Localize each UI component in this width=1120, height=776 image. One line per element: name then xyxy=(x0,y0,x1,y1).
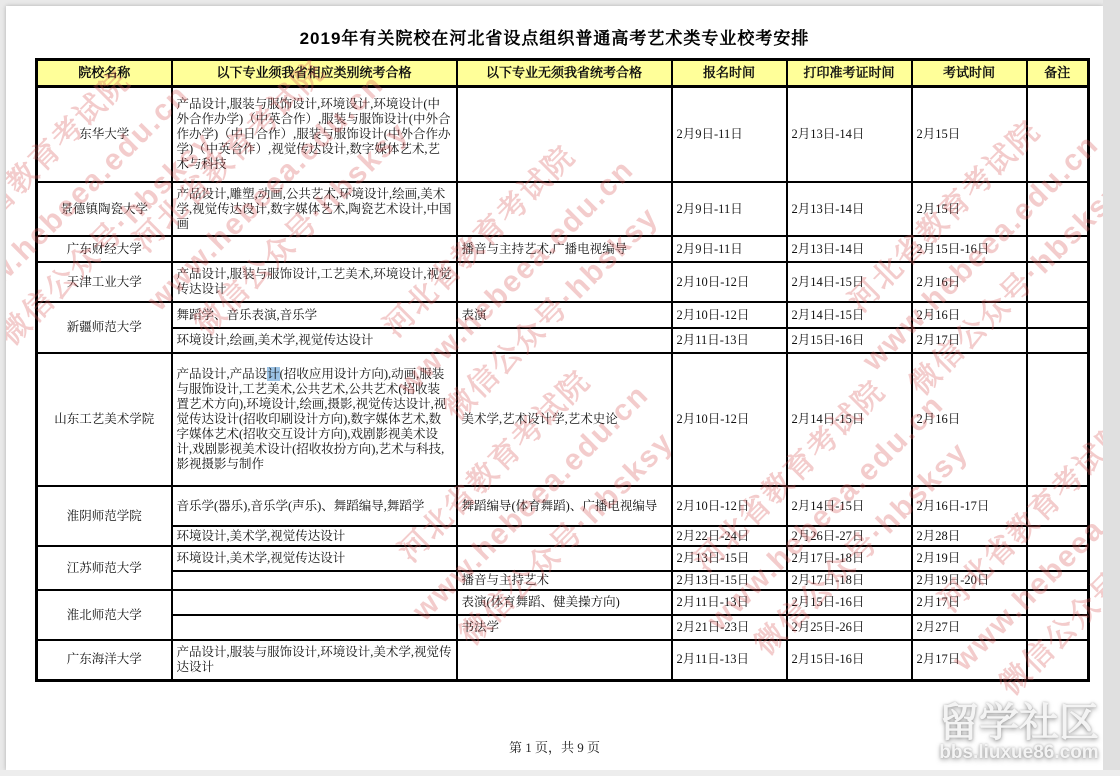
college-name-cell: 江苏师范大学 xyxy=(37,546,172,590)
register-date-cell: 2月22日-24日 xyxy=(672,526,787,546)
exam-date-cell: 2月27日 xyxy=(912,615,1027,640)
college-name-cell: 淮阴师范学院 xyxy=(37,486,172,546)
print-date-cell: 2月17日-18日 xyxy=(787,571,912,590)
note-cell xyxy=(1027,546,1089,571)
register-date-cell: 2月13日-15日 xyxy=(672,571,787,590)
print-date-cell: 2月15日-16日 xyxy=(787,640,912,680)
register-date-cell: 2月21日-23日 xyxy=(672,615,787,640)
table-row: 淮北师范大学表演(体育舞蹈、健美操方向)2月11日-13日2月15日-16日2月… xyxy=(37,590,1089,615)
print-date-cell: 2月14日-15日 xyxy=(787,486,912,526)
table-header-row: 院校名称以下专业须我省相应类别统考合格以下专业无须我省统考合格报名时间打印准考证… xyxy=(37,60,1089,87)
majors-text: 产品设计,产品设 xyxy=(177,367,268,381)
college-name-cell: 广东财经大学 xyxy=(37,236,172,262)
table-row: 环境设计,绘画,美术学,视觉传达设计2月11日-13日2月15日-16日2月17… xyxy=(37,328,1089,353)
majors-unified-cell xyxy=(172,571,457,590)
majors-unified-cell: 产品设计,产品设计(招收应用设计方向),动画,服装与服饰设计,工艺美术,公共艺术… xyxy=(172,353,457,486)
exam-date-cell: 2月16日-17日 xyxy=(912,486,1027,526)
print-date-cell: 2月13日-14日 xyxy=(787,182,912,236)
majors-unified-cell: 舞蹈学、音乐表演,音乐学 xyxy=(172,302,457,328)
college-name-cell: 山东工艺美术学院 xyxy=(37,353,172,486)
register-date-cell: 2月13日-15日 xyxy=(672,546,787,571)
exam-date-cell: 2月19日-20日 xyxy=(912,571,1027,590)
register-date-cell: 2月11日-13日 xyxy=(672,328,787,353)
majors-unified-cell xyxy=(172,590,457,615)
note-cell xyxy=(1027,236,1089,262)
column-header-exam-time: 考试时间 xyxy=(912,60,1027,87)
register-date-cell: 2月10日-12日 xyxy=(672,302,787,328)
majors-free-cell: 表演(体育舞蹈、健美操方向) xyxy=(457,590,672,615)
majors-unified-cell: 产品设计,服装与服饰设计,环境设计,美术学,视觉传达设计 xyxy=(172,640,457,680)
liuxue-watermark-logo: 留学社区 bbs.liuxue86.com xyxy=(939,703,1099,764)
print-date-cell: 2月25日-26日 xyxy=(787,615,912,640)
register-date-cell: 2月9日-11日 xyxy=(672,182,787,236)
table-row: 广东海洋大学产品设计,服装与服饰设计,环境设计,美术学,视觉传达设计2月11日-… xyxy=(37,640,1089,680)
college-name-cell: 广东海洋大学 xyxy=(37,640,172,680)
note-cell xyxy=(1027,571,1089,590)
page-title: 2019年有关院校在河北省设点组织普通高考艺术类专业校考安排 xyxy=(6,24,1103,49)
majors-text: (招收应用设计方向),动画,服装与服饰设计,工艺美术,公共艺术,公共艺术(招收装… xyxy=(177,367,447,471)
column-header-print-ticket-time: 打印准考证时间 xyxy=(787,60,912,87)
note-cell xyxy=(1027,86,1089,182)
majors-unified-cell: 产品设计,雕塑,动画,公共艺术,环境设计,绘画,美术学,视觉传达设计,数字媒体艺… xyxy=(172,182,457,236)
exam-date-cell: 2月28日 xyxy=(912,526,1027,546)
table-row: 天津工业大学产品设计,服装与服饰设计,工艺美术,环境设计,视觉传达设计2月10日… xyxy=(37,262,1089,302)
document-page: 2019年有关院校在河北省设点组织普通高考艺术类专业校考安排 院校名称以下专业须… xyxy=(6,6,1103,770)
table-row: 东华大学产品设计,服装与服饰设计,环境设计,环境设计(中外合作办学)（中英合作）… xyxy=(37,86,1089,182)
note-cell xyxy=(1027,486,1089,526)
table-row: 景德镇陶瓷大学产品设计,雕塑,动画,公共艺术,环境设计,绘画,美术学,视觉传达设… xyxy=(37,182,1089,236)
liuxue-logo-title: 留学社区 xyxy=(939,703,1099,743)
college-name-cell: 淮北师范大学 xyxy=(37,590,172,640)
note-cell xyxy=(1027,262,1089,302)
print-date-cell: 2月14日-15日 xyxy=(787,262,912,302)
column-header-register-time: 报名时间 xyxy=(672,60,787,87)
exam-date-cell: 2月19日 xyxy=(912,546,1027,571)
majors-unified-cell xyxy=(172,615,457,640)
majors-free-cell: 播音与主持艺术,广播电视编导 xyxy=(457,236,672,262)
college-name-cell: 新疆师范大学 xyxy=(37,302,172,353)
exam-date-cell: 2月17日 xyxy=(912,590,1027,615)
exam-date-cell: 2月15日 xyxy=(912,182,1027,236)
table-row: 播音与主持艺术2月13日-15日2月17日-18日2月19日-20日 xyxy=(37,571,1089,590)
print-date-cell: 2月13日-14日 xyxy=(787,86,912,182)
majors-free-cell: 美术学,艺术设计学,艺术史论 xyxy=(457,353,672,486)
print-date-cell: 2月15日-16日 xyxy=(787,328,912,353)
print-date-cell: 2月26日-27日 xyxy=(787,526,912,546)
column-header-remarks: 备注 xyxy=(1027,60,1089,87)
note-cell xyxy=(1027,328,1089,353)
register-date-cell: 2月10日-12日 xyxy=(672,353,787,486)
majors-free-cell: 书法学 xyxy=(457,615,672,640)
majors-unified-cell: 音乐学(器乐),音乐学(声乐)、舞蹈编导,舞蹈学 xyxy=(172,486,457,526)
print-date-cell: 2月14日-15日 xyxy=(787,302,912,328)
exam-schedule-table: 院校名称以下专业须我省相应类别统考合格以下专业无须我省统考合格报名时间打印准考证… xyxy=(35,58,1090,682)
note-cell xyxy=(1027,182,1089,236)
majors-free-cell xyxy=(457,526,672,546)
screenshot-viewport: 2019年有关院校在河北省设点组织普通高考艺术类专业校考安排 院校名称以下专业须… xyxy=(0,0,1120,776)
majors-unified-cell xyxy=(172,236,457,262)
note-cell xyxy=(1027,302,1089,328)
note-cell xyxy=(1027,590,1089,615)
table-row: 山东工艺美术学院产品设计,产品设计(招收应用设计方向),动画,服装与服饰设计,工… xyxy=(37,353,1089,486)
majors-unified-cell: 环境设计,绘画,美术学,视觉传达设计 xyxy=(172,328,457,353)
majors-unified-cell: 产品设计,服装与服饰设计,工艺美术,环境设计,视觉传达设计 xyxy=(172,262,457,302)
column-header-majors-unified: 以下专业须我省相应类别统考合格 xyxy=(172,60,457,87)
exam-date-cell: 2月16日 xyxy=(912,262,1027,302)
exam-date-cell: 2月15日-16日 xyxy=(912,236,1027,262)
college-name-cell: 景德镇陶瓷大学 xyxy=(37,182,172,236)
table-row: 书法学2月21日-23日2月25日-26日2月27日 xyxy=(37,615,1089,640)
scanner-edge-right xyxy=(1103,0,1120,776)
majors-free-cell: 播音与主持艺术 xyxy=(457,571,672,590)
table-row: 环境设计,美术学,视觉传达设计2月22日-24日2月26日-27日2月28日 xyxy=(37,526,1089,546)
majors-unified-cell: 环境设计,美术学,视觉传达设计 xyxy=(172,546,457,571)
print-date-cell: 2月14日-15日 xyxy=(787,353,912,486)
register-date-cell: 2月11日-13日 xyxy=(672,640,787,680)
majors-free-cell xyxy=(457,262,672,302)
note-cell xyxy=(1027,640,1089,680)
majors-free-cell xyxy=(457,546,672,571)
college-name-cell: 东华大学 xyxy=(37,86,172,182)
exam-date-cell: 2月16日 xyxy=(912,302,1027,328)
register-date-cell: 2月9日-11日 xyxy=(672,86,787,182)
majors-free-cell: 表演 xyxy=(457,302,672,328)
majors-free-cell xyxy=(457,86,672,182)
majors-free-cell xyxy=(457,328,672,353)
register-date-cell: 2月10日-12日 xyxy=(672,262,787,302)
column-header-college-name: 院校名称 xyxy=(37,60,172,87)
exam-date-cell: 2月15日 xyxy=(912,86,1027,182)
table-row: 广东财经大学播音与主持艺术,广播电视编导2月9日-11日2月13日-14日2月1… xyxy=(37,236,1089,262)
table-row: 江苏师范大学环境设计,美术学,视觉传达设计2月13日-15日2月17日-18日2… xyxy=(37,546,1089,571)
column-header-majors-free: 以下专业无须我省统考合格 xyxy=(457,60,672,87)
majors-free-cell: 舞蹈编导(体育舞蹈)、广播电视编导 xyxy=(457,486,672,526)
register-date-cell: 2月11日-13日 xyxy=(672,590,787,615)
exam-date-cell: 2月17日 xyxy=(912,328,1027,353)
print-date-cell: 2月13日-14日 xyxy=(787,236,912,262)
college-name-cell: 天津工业大学 xyxy=(37,262,172,302)
table-row: 淮阴师范学院音乐学(器乐),音乐学(声乐)、舞蹈编导,舞蹈学舞蹈编导(体育舞蹈)… xyxy=(37,486,1089,526)
note-cell xyxy=(1027,526,1089,546)
register-date-cell: 2月10日-12日 xyxy=(672,486,787,526)
table-row: 新疆师范大学舞蹈学、音乐表演,音乐学表演2月10日-12日2月14日-15日2月… xyxy=(37,302,1089,328)
majors-unified-cell: 产品设计,服装与服饰设计,环境设计,环境设计(中外合作办学)（中英合作）,服装与… xyxy=(172,86,457,182)
majors-free-cell xyxy=(457,640,672,680)
majors-free-cell xyxy=(457,182,672,236)
scanner-edge-bottom xyxy=(0,770,1120,776)
print-date-cell: 2月17日-18日 xyxy=(787,546,912,571)
note-cell xyxy=(1027,353,1089,486)
note-cell xyxy=(1027,615,1089,640)
majors-unified-cell: 环境设计,美术学,视觉传达设计 xyxy=(172,526,457,546)
liuxue-logo-url: bbs.liuxue86.com xyxy=(939,743,1099,764)
print-date-cell: 2月15日-16日 xyxy=(787,590,912,615)
exam-date-cell: 2月17日 xyxy=(912,640,1027,680)
selected-text-highlight: 计 xyxy=(267,367,280,381)
exam-date-cell: 2月16日 xyxy=(912,353,1027,486)
register-date-cell: 2月9日-11日 xyxy=(672,236,787,262)
